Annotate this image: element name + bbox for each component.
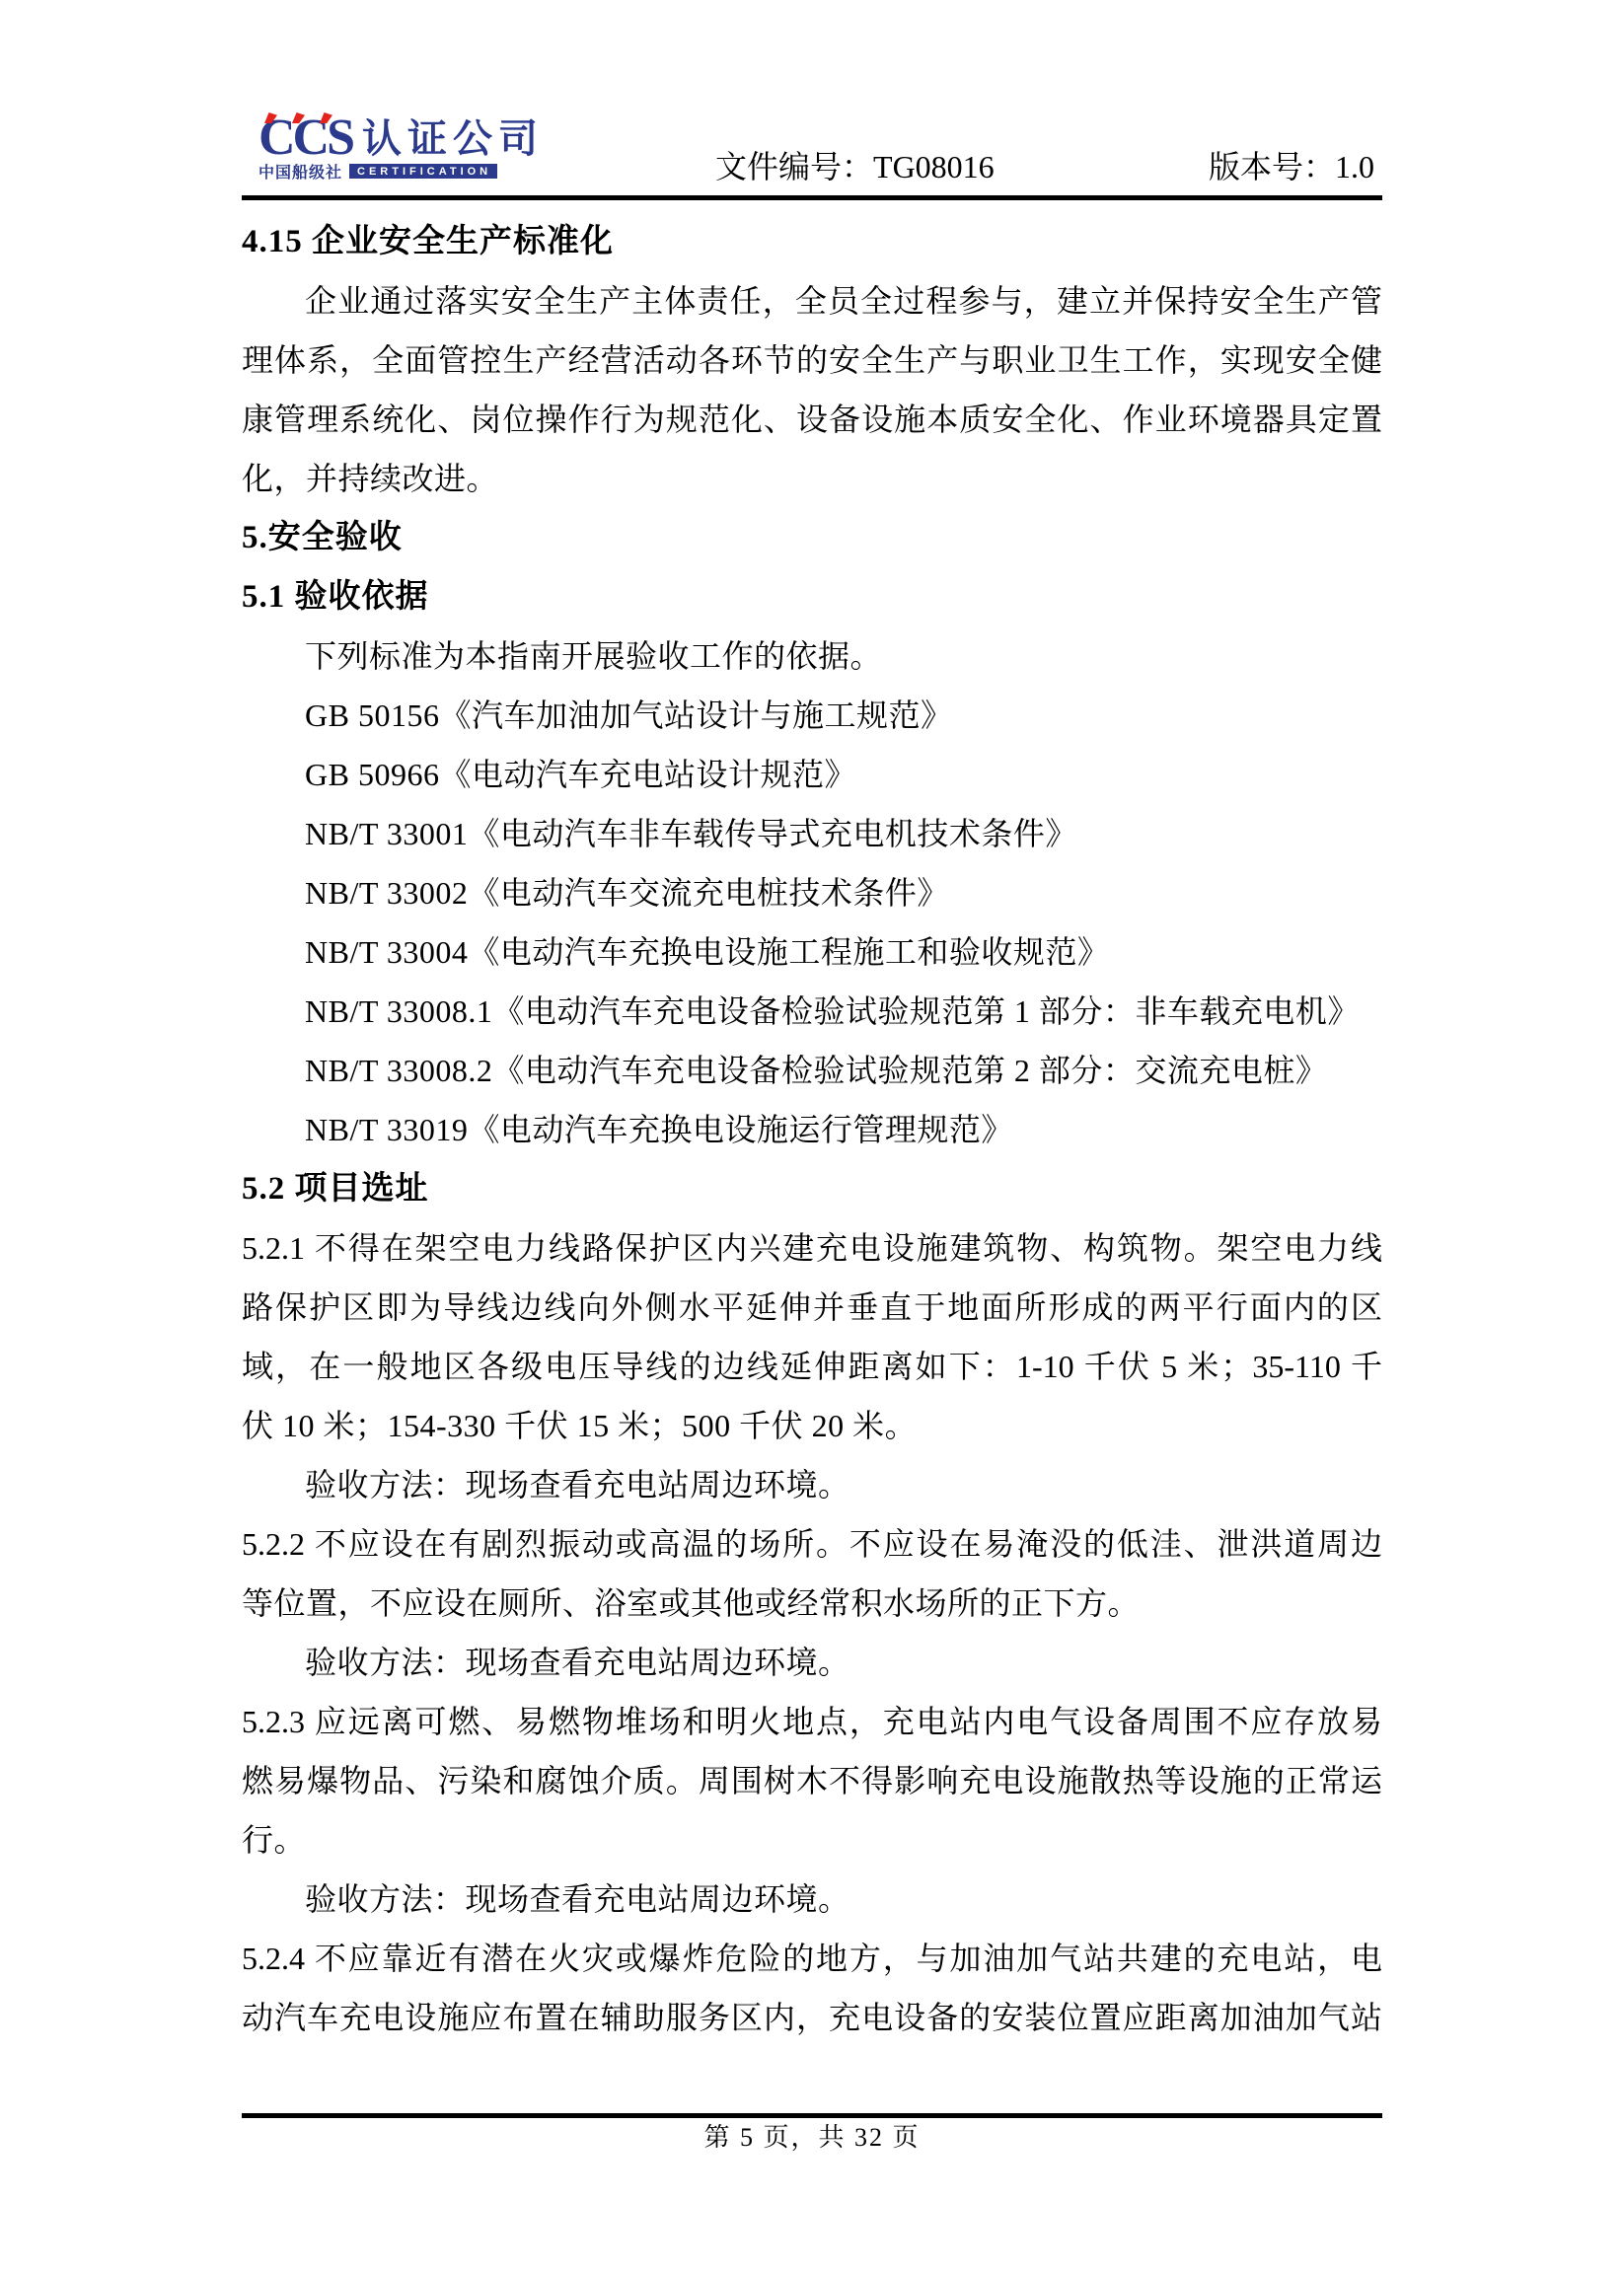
- page-number: 第 5 页，共 32 页: [242, 2121, 1382, 2155]
- section-heading: 5.安全验收: [242, 508, 1382, 567]
- doc-line: 5.2.4 不应靠近有潜在火灾或爆炸危险的地方，与加油加气站共建的充电站，电: [242, 1929, 1382, 1988]
- doc-line: 下列标准为本指南开展验收工作的依据。: [242, 626, 1382, 686]
- doc-line: NB/T 33004《电动汽车充换电设施工程施工和验收规范》: [242, 922, 1382, 982]
- version-number: 版本号：1.0: [1209, 148, 1374, 185]
- version-value: 1.0: [1335, 149, 1374, 184]
- ccs-logo-company-name: 认证公司: [362, 118, 544, 160]
- section-heading: 5.1 验收依据: [242, 567, 1382, 626]
- document-body: 4.15 企业安全生产标准化企业通过落实安全生产主体责任，全员全过程参与，建立并…: [242, 212, 1382, 2047]
- doc-line: 康管理系统化、岗位操作行为规范化、设备设施本质安全化、作业环境器具定置: [242, 390, 1382, 449]
- document-page: CCS 认证公司 中国船级社 CERTIFICATION 文件编号：TG0801…: [0, 0, 1624, 2273]
- footer-divider: [242, 2113, 1382, 2118]
- ccs-logo-row1: CCS 认证公司: [258, 112, 554, 160]
- doc-line: 5.2.3 应远离可燃、易燃物堆场和明火地点，充电站内电气设备周围不应存放易: [242, 1692, 1382, 1751]
- doc-line: 验收方法：现场查看充电站周边环境。: [242, 1455, 1382, 1514]
- doc-line: NB/T 33002《电动汽车交流充电桩技术条件》: [242, 863, 1382, 922]
- doc-line: 行。: [242, 1810, 1382, 1870]
- section-heading: 5.2 项目选址: [242, 1159, 1382, 1218]
- doc-line: 燃易爆物品、污染和腐蚀介质。周围树木不得影响充电设施散热等设施的正常运: [242, 1751, 1382, 1810]
- ccs-logo-text: CCS: [258, 116, 352, 160]
- document-number-label: 文件编号：: [715, 149, 873, 184]
- doc-line: 验收方法：现场查看充电站周边环境。: [242, 1633, 1382, 1692]
- ccs-logo-certification-badge: CERTIFICATION: [349, 164, 497, 179]
- doc-line: 伏 10 米；154-330 千伏 15 米；500 千伏 20 米。: [242, 1396, 1382, 1455]
- doc-line: 企业通过落实安全生产主体责任，全员全过程参与，建立并保持安全生产管: [242, 271, 1382, 330]
- doc-line: 5.2.1 不得在架空电力线路保护区内兴建充电设施建筑物、构筑物。架空电力线: [242, 1218, 1382, 1278]
- header-divider: [242, 195, 1382, 200]
- doc-line: GB 50156《汽车加油加气站设计与施工规范》: [242, 686, 1382, 745]
- doc-line: 5.2.2 不应设在有剧烈振动或高温的场所。不应设在易淹没的低洼、泄洪道周边: [242, 1514, 1382, 1574]
- doc-line: NB/T 33008.2《电动汽车充电设备检验试验规范第 2 部分：交流充电桩》: [242, 1041, 1382, 1100]
- ccs-logo: CCS 认证公司 中国船级社 CERTIFICATION: [258, 112, 554, 180]
- doc-line: NB/T 33008.1《电动汽车充电设备检验试验规范第 1 部分：非车载充电机…: [242, 982, 1382, 1041]
- doc-line: GB 50966《电动汽车充电站设计规范》: [242, 745, 1382, 804]
- section-heading: 4.15 企业安全生产标准化: [242, 212, 1382, 271]
- document-number-value: TG08016: [873, 149, 995, 184]
- doc-line: 等位置，不应设在厕所、浴室或其他或经常积水场所的正下方。: [242, 1574, 1382, 1633]
- document-number: 文件编号：TG08016: [715, 148, 995, 185]
- doc-line: 动汽车充电设施应布置在辅助服务区内，充电设备的安装位置应距离加油加气站: [242, 1988, 1382, 2047]
- version-label: 版本号：: [1209, 149, 1335, 184]
- doc-line: 验收方法：现场查看充电站周边环境。: [242, 1870, 1382, 1929]
- doc-line: 理体系，全面管控生产经营活动各环节的安全生产与职业卫生工作，实现安全健: [242, 330, 1382, 390]
- page-header: CCS 认证公司 中国船级社 CERTIFICATION 文件编号：TG0801…: [0, 0, 1624, 207]
- doc-line: NB/T 33019《电动汽车充换电设施运行管理规范》: [242, 1100, 1382, 1159]
- doc-line: 路保护区即为导线边线向外侧水平延伸并垂直于地面所形成的两平行面内的区: [242, 1278, 1382, 1337]
- doc-line: 化，并持续改进。: [242, 449, 1382, 508]
- doc-line: 域，在一般地区各级电压导线的边线延伸距离如下：1-10 千伏 5 米；35-11…: [242, 1337, 1382, 1396]
- doc-line: NB/T 33001《电动汽车非车载传导式充电机技术条件》: [242, 804, 1382, 863]
